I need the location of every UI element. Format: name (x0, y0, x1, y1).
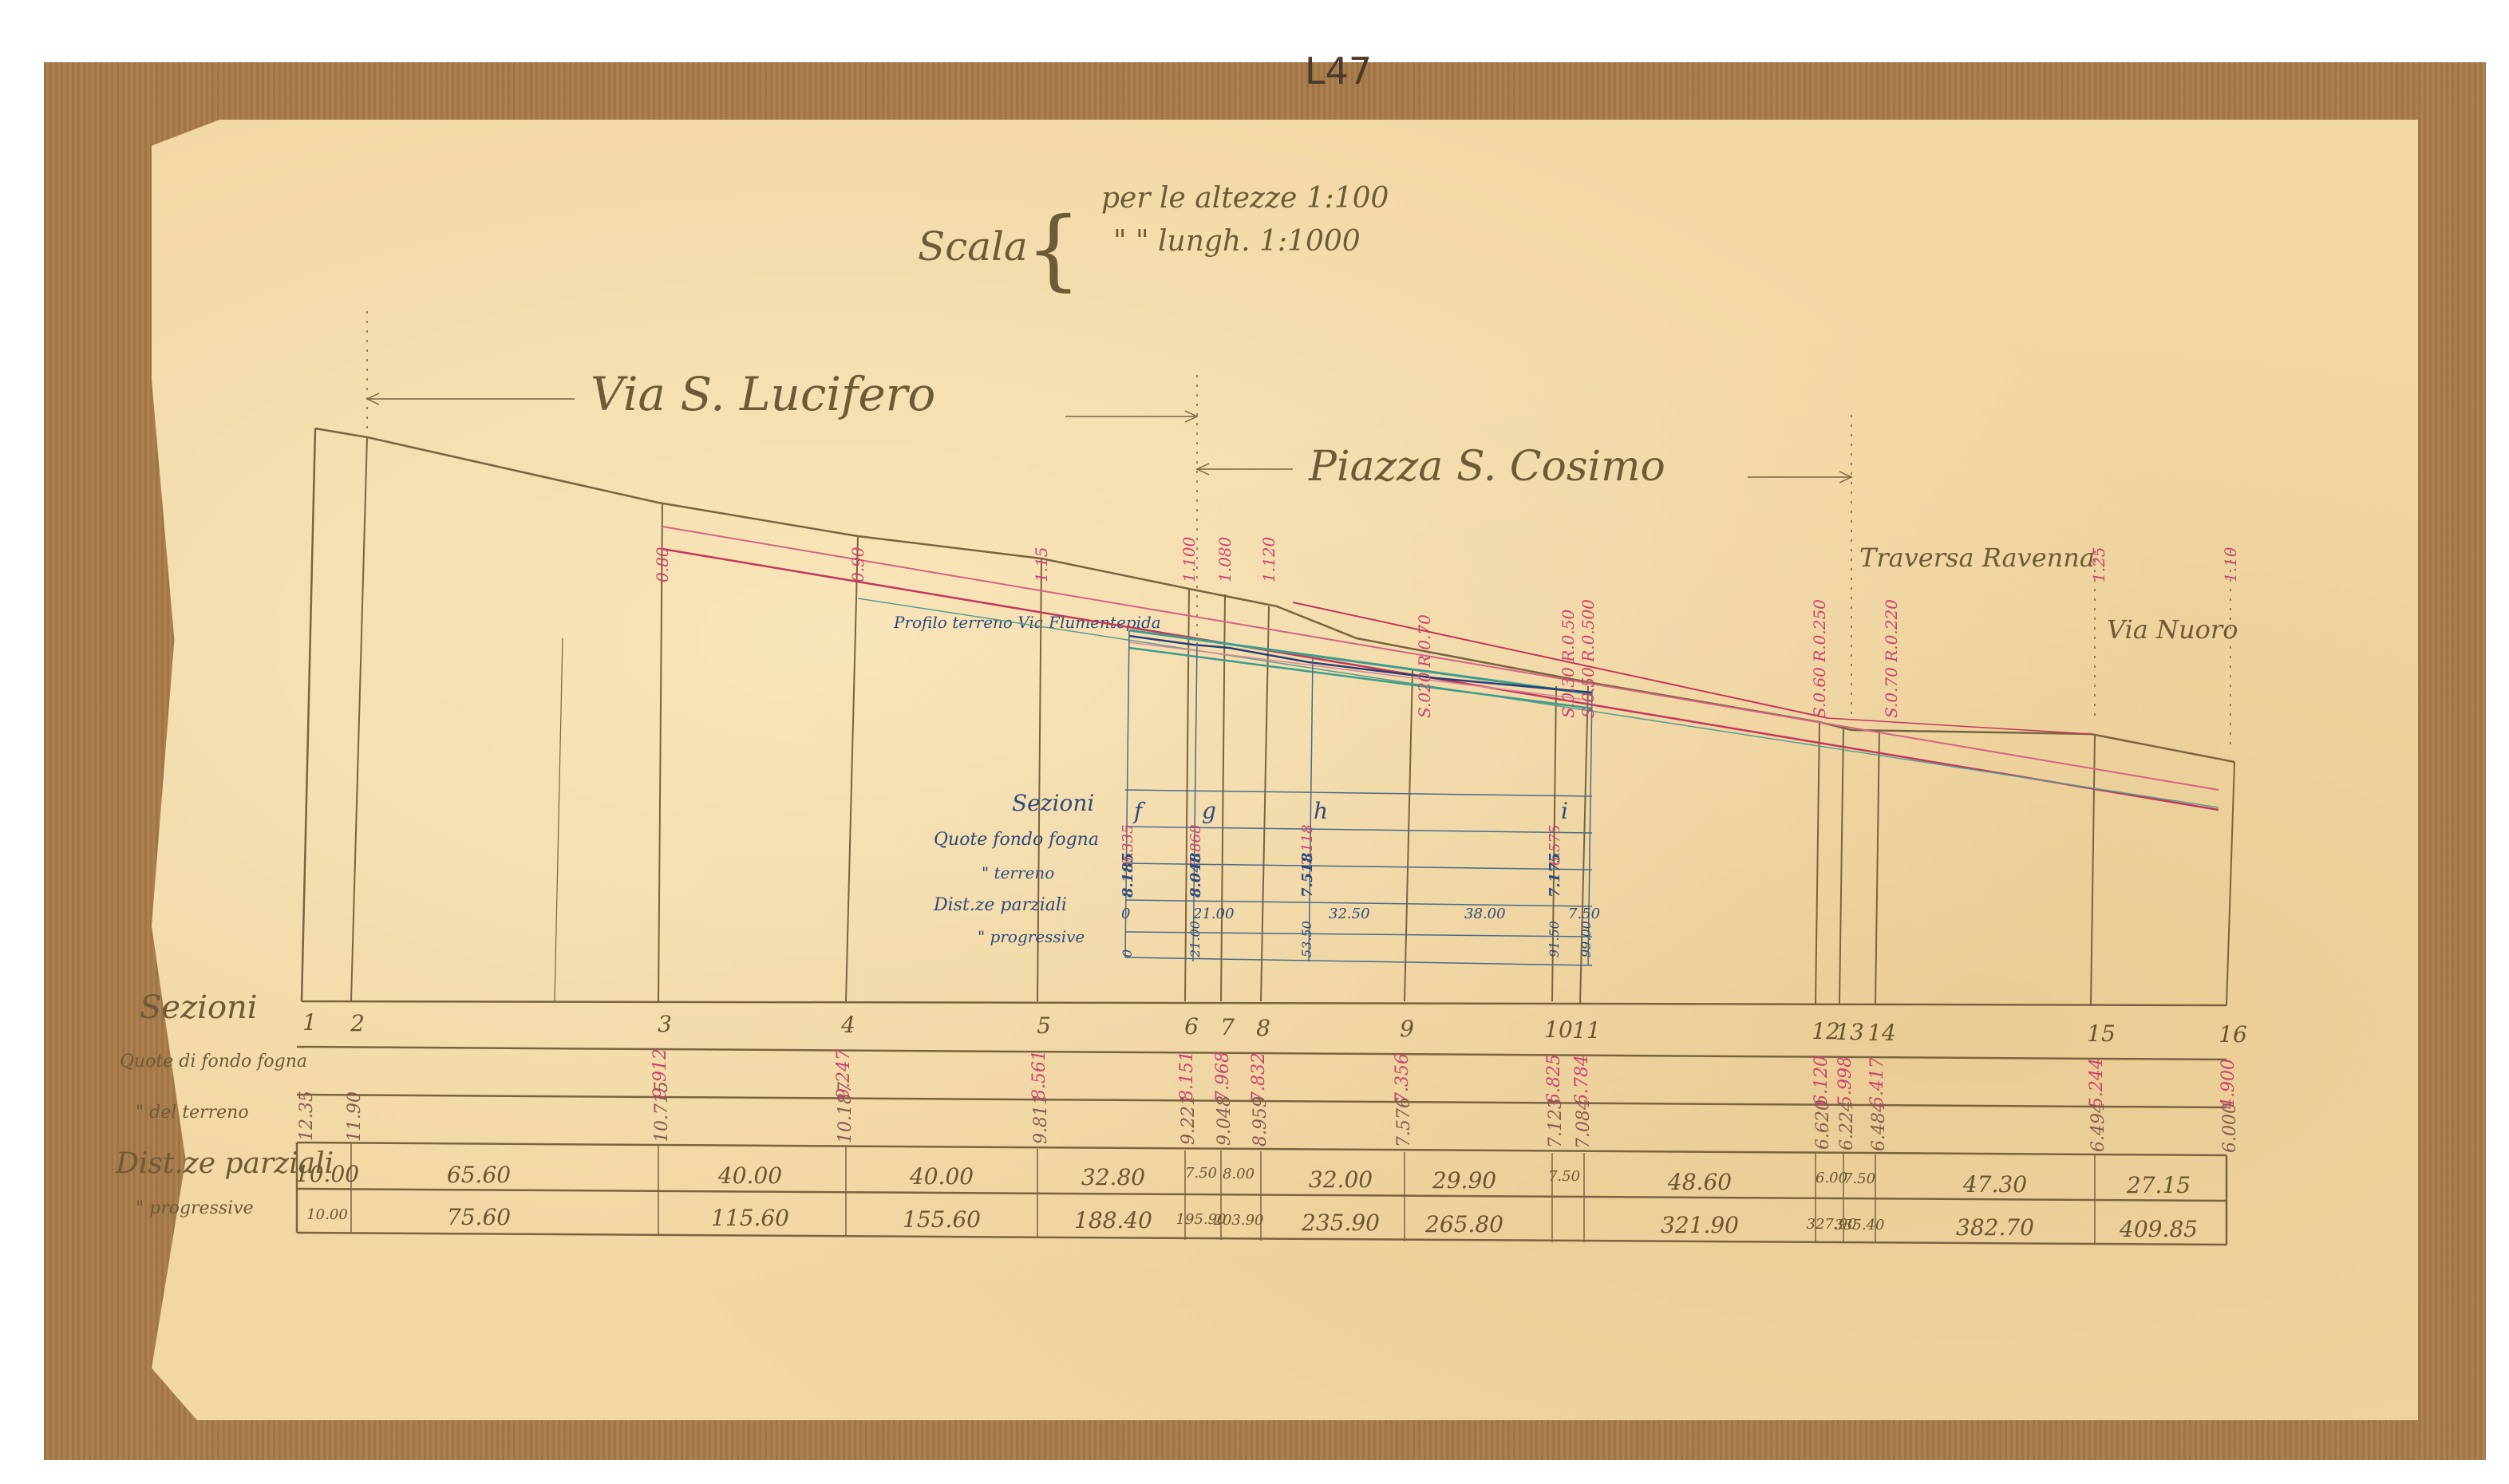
progressive-distance-value: 155.60 (903, 1206, 981, 1233)
depth-label: 0.90 (848, 547, 867, 582)
quota-terreno-value: 9.048 (1215, 1095, 1235, 1146)
progressive-distance-value: 10.00 (306, 1206, 348, 1223)
partial-distance-value: 32.00 (1309, 1166, 1373, 1193)
partial-distance-value: 32.80 (1081, 1164, 1145, 1190)
inset-label-quote-terreno: " terreno (982, 863, 1054, 882)
inset-label-sezioni: Sezioni (1012, 790, 1094, 816)
section-number: 3 (658, 1011, 672, 1037)
section-number: 15 (2087, 1020, 2116, 1047)
quota-terreno-value: 11.90 (345, 1091, 365, 1142)
inset-label-dist-progressive: " progressive (978, 927, 1085, 946)
inset-progressive-value: 21.00 (1187, 921, 1203, 957)
depth-label: S.0.30 R.0.50 (1559, 610, 1578, 718)
inset-label-quote-fondo: Quote fondo fogna (934, 830, 1099, 850)
progressive-distance-value: 335.40 (1835, 1217, 1885, 1233)
quota-terreno-value: 9.811 (1031, 1094, 1051, 1144)
depth-label: 1.15 (1032, 547, 1051, 582)
partial-distance-value: 29.90 (1432, 1167, 1496, 1194)
section-number: 7 (1220, 1014, 1235, 1040)
quota-fondo-value: 8.561 (1029, 1050, 1049, 1100)
quota-fondo-value: 5.998 (1835, 1056, 1855, 1107)
depth-label: S.0.70 R.0.220 (1882, 599, 1901, 718)
inset-section-label: g (1202, 798, 1216, 824)
progressive-distance-value: 203.90 (1214, 1212, 1264, 1229)
section-number: 6 (1184, 1013, 1199, 1040)
section-number: 1 (302, 1009, 317, 1036)
progressive-distance-value: 382.70 (1956, 1214, 2034, 1241)
partial-distance-value: 10.00 (295, 1161, 359, 1187)
quota-fondo-value: 6.784 (1572, 1055, 1592, 1105)
quota-terreno-value: 6.224 (1837, 1100, 1857, 1150)
depth-label: 1.100 (1179, 537, 1199, 582)
quota-fondo-value: 4.900 (2219, 1059, 2238, 1109)
inset-section-label: h (1314, 798, 1328, 824)
section-number: 14 (1867, 1020, 1896, 1046)
inset-partial-value: 0 (1121, 906, 1130, 922)
inset-terreno-value: 8.048 (1187, 853, 1204, 898)
depth-label: S.0.60 R.0.250 (1810, 599, 1829, 718)
progressive-distance-value: 409.85 (2120, 1216, 2198, 1242)
inset-section-label: i (1561, 798, 1568, 824)
quota-fondo-value: 7.832 (1249, 1052, 1269, 1103)
quota-terreno-value: 10.715 (652, 1081, 672, 1143)
progressive-distance-value: 321.90 (1661, 1212, 1739, 1238)
row-label-sezioni: Sezioni (140, 989, 258, 1026)
partial-distance-value: 47.30 (1963, 1171, 2027, 1198)
partial-distance-value: 40.00 (718, 1162, 782, 1189)
inset-progressive-value: 0 (1120, 949, 1135, 957)
inset-progressive-end: 99.00 (1578, 921, 1594, 957)
partial-distance-value: 8.00 (1223, 1166, 1254, 1182)
quota-terreno-value: 7.084 (1574, 1099, 1594, 1149)
quota-fondo-value: 6.417 (1867, 1057, 1887, 1107)
progressive-distance-value: 75.60 (447, 1204, 511, 1230)
quota-fondo-value: 7.968 (1213, 1052, 1233, 1102)
quota-fondo-value: 5.244 (2087, 1058, 2107, 1108)
quota-terreno-value: 6.000 (2220, 1103, 2240, 1153)
section-number: 16 (2219, 1021, 2247, 1048)
inset-terreno-value: 8.185 (1120, 853, 1136, 898)
section-number: 2 (350, 1010, 365, 1036)
depth-label: S.020 R.0.70 (1415, 614, 1434, 718)
depth-label: S.0.50 R.0.500 (1578, 599, 1598, 718)
quota-fondo-value: 7.356 (1393, 1053, 1413, 1103)
inset-progressive-value: 91.50 (1547, 921, 1562, 957)
row-label-quote-terreno: " del terreno (136, 1103, 249, 1123)
section-number: 13 (1835, 1019, 1864, 1045)
progressive-distance-value: 235.90 (1302, 1210, 1380, 1236)
quota-terreno-value: 7.576 (1394, 1097, 1414, 1147)
partial-distance-value: 27.15 (2127, 1172, 2191, 1198)
partial-distance-value: 7.50 (1548, 1168, 1580, 1185)
partial-distance-value: 48.60 (1668, 1169, 1732, 1195)
quota-terreno-value: 6.620 (1813, 1099, 1833, 1150)
quota-fondo-value: 6.120 (1812, 1056, 1831, 1106)
quota-fondo-value: 8.151 (1177, 1051, 1197, 1101)
inset-partial-value: 32.50 (1329, 906, 1370, 922)
quota-terreno-value: 6.484 (1869, 1101, 1889, 1151)
section-number: 5 (1037, 1012, 1051, 1039)
quota-terreno-value: 9.221 (1179, 1095, 1199, 1145)
partial-distance-value: 65.60 (447, 1162, 511, 1188)
partial-distance-value: 7.50 (1185, 1165, 1217, 1182)
progressive-distance-value: 115.60 (711, 1205, 789, 1231)
depth-label: 1.080 (1215, 537, 1235, 582)
inset-partial-value: 7.50 (1568, 906, 1600, 922)
depth-label: 0.80 (653, 547, 672, 582)
quota-terreno-value: 7.123 (1546, 1098, 1566, 1148)
row-label-dist-progressive: " progressive (136, 1198, 254, 1218)
inset-progressive-value: 53.50 (1299, 921, 1314, 957)
section-number: 10 (1544, 1016, 1573, 1043)
section-number: 9 (1400, 1016, 1414, 1042)
depth-label: 1.120 (1259, 537, 1278, 582)
quota-fondo-value: 6.825 (1544, 1054, 1564, 1104)
inset-terreno-value: 7.175 (1547, 853, 1563, 898)
inset-partial-value: 21.00 (1193, 906, 1235, 922)
row-label-quote-fondo: Quote di fondo fogna (120, 1052, 307, 1072)
quota-terreno-value: 6.494 (2088, 1102, 2108, 1152)
progressive-distance-value: 265.80 (1425, 1211, 1503, 1237)
partial-distance-value: 7.50 (1843, 1170, 1875, 1187)
profile-drawing (0, 0, 2509, 1484)
quota-terreno-value: 10.187 (836, 1082, 855, 1143)
section-number: 4 (841, 1012, 855, 1038)
inset-section-label: f (1134, 798, 1142, 824)
depth-label: 1.10 (2221, 547, 2240, 582)
section-number: 8 (1256, 1015, 1270, 1041)
partial-distance-value: 40.00 (910, 1163, 974, 1190)
quota-terreno-value: 8.959 (1251, 1096, 1270, 1147)
quota-terreno-value: 12.35 (297, 1091, 317, 1141)
inset-terreno-value: 7.518 (1299, 853, 1316, 898)
depth-label: 1.25 (2089, 547, 2108, 582)
progressive-distance-value: 188.40 (1074, 1207, 1152, 1233)
inset-label-dist-parziali: Dist.ze parziali (934, 895, 1067, 915)
inset-partial-value: 38.00 (1464, 906, 1506, 922)
section-number: 11 (1572, 1017, 1601, 1044)
